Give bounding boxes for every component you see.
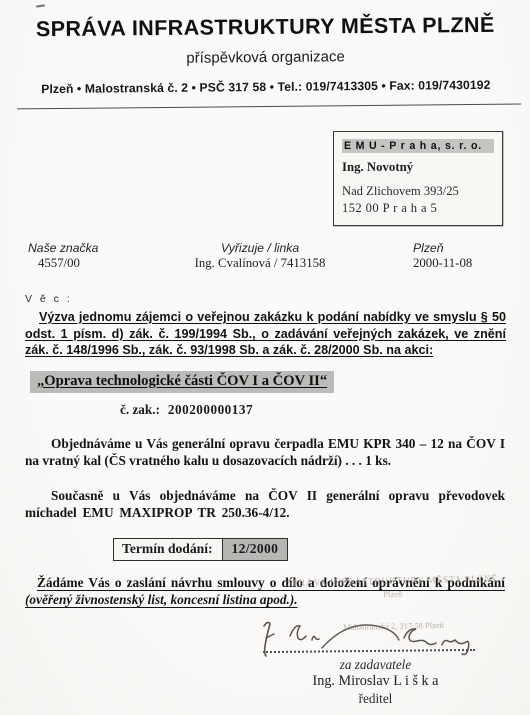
recipient-street: Nad Zlichovem 393/25 <box>342 184 494 199</box>
reference-row: Naše značka 4557/00 Vyřizuje / linka Ing… <box>0 241 530 277</box>
contract-request-italic: (ověřený živnostenský list, koncesní lis… <box>25 592 298 607</box>
delivery-term-value: 12/2000 <box>222 539 288 560</box>
date-value: 2000-11-08 <box>413 256 472 271</box>
letterhead-divider <box>17 104 521 110</box>
recipient-city: 152 00 P r a h a 5 <box>342 201 494 216</box>
handwritten-signature <box>252 608 502 663</box>
delivery-term-box: Termín dodání: 12/2000 <box>113 538 288 561</box>
contract-title-highlight: „Oprava technologické části ČOV I a ČOV … <box>30 371 334 393</box>
place-label: Plzeň <box>413 241 472 255</box>
signatory-name: Ing. Miroslav L i š k a <box>268 673 483 690</box>
delivery-term-label: Termín dodání: <box>114 539 222 560</box>
recipient-contact-name: Ing. Novotný <box>342 160 494 175</box>
our-reference-value: 4557/00 <box>28 256 98 271</box>
stamp-line-2: Plzeň <box>283 587 503 602</box>
handled-by-value: Ing. Cvalínová / 7413158 <box>140 256 380 271</box>
signatory-role: ředitel <box>268 691 483 707</box>
order-number-line: č. zak.:200200000137 <box>120 402 530 418</box>
tender-notice-paragraph: Výzva jednomu zájemci o veřejnou zakázku… <box>25 309 506 359</box>
recipient-address-box: E M U - P r a h a, s. r. o. Ing. Novotný… <box>333 131 503 226</box>
handled-by-label: Vyřizuje / linka <box>140 241 380 255</box>
organization-contact-line: Plzeň • Malostranská č. 2 • PSČ 317 58 •… <box>1 77 530 96</box>
handled-by: Vyřizuje / linka Ing. Cvalínová / 741315… <box>140 241 380 271</box>
order-number-value: 200200000137 <box>168 402 253 417</box>
organization-name: SPRÁVA INFRASTRUKTURY MĚSTA PLZNĚ <box>0 12 530 42</box>
organization-type: příspěvková organizace <box>0 46 530 68</box>
recipient-company: E M U - P r a h a, s. r. o. <box>342 139 494 153</box>
our-reference: Naše značka 4557/00 <box>28 241 98 271</box>
order-number-label: č. zak.: <box>120 402 160 417</box>
order-paragraph-1: Objednáváme u Vás generální opravu čerpa… <box>25 435 505 470</box>
place-and-date: Plzeň 2000-11-08 <box>413 241 472 271</box>
our-reference-label: Naše značka <box>28 241 98 255</box>
letterhead: SPRÁVA INFRASTRUKTURY MĚSTA PLZNĚ příspě… <box>0 0 530 110</box>
on-behalf-label: za zadavatele <box>268 657 483 673</box>
scanned-letter-page: SPRÁVA INFRASTRUKTURY MĚSTA PLZNĚ příspě… <box>0 0 530 715</box>
order-paragraph-2: Současně u Vás objednáváme na ČOV II gen… <box>25 487 505 522</box>
subject-prefix-label: V ě c : <box>25 293 530 305</box>
